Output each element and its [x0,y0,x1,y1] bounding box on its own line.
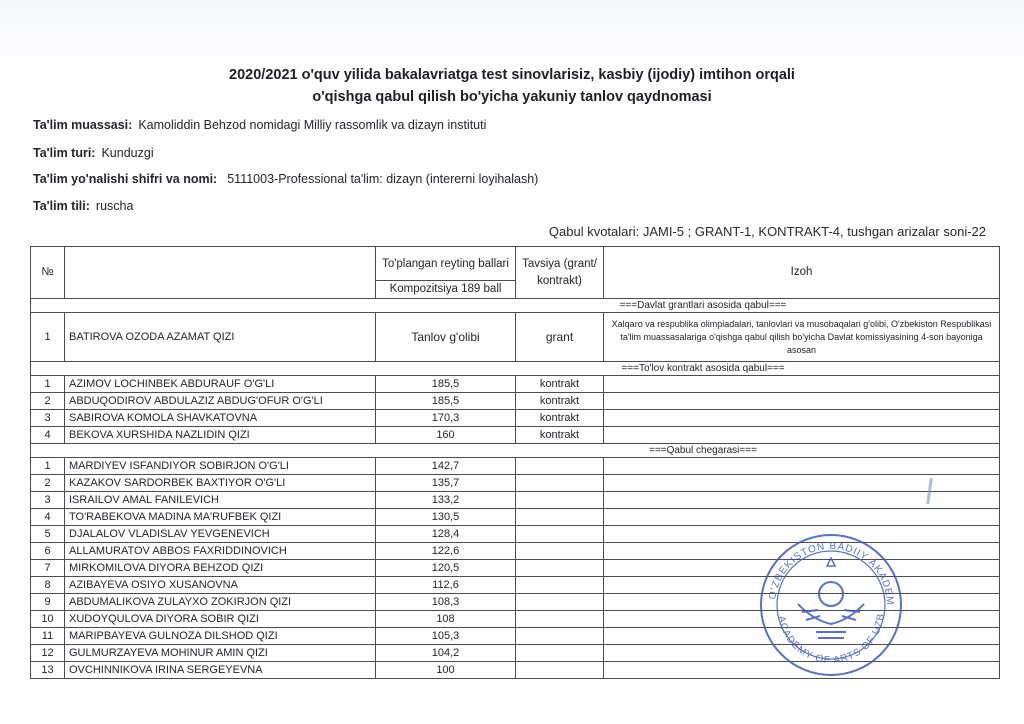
cell-note [604,410,1000,427]
cell-score: 122,6 [376,543,516,560]
cell-name: XUDOYQULOVA DIYORA SOBIR QIZI [65,611,376,628]
header-score-group: To'plangan reyting ballari [376,247,516,281]
cell-number: 2 [31,475,65,492]
cell-recommendation: kontrakt [516,393,604,410]
section-contract: ===To'lov kontrakt asosida qabul=== [31,362,1000,376]
cell-score: 142,7 [376,458,516,475]
cell-score: 160 [376,427,516,444]
cell-recommendation [516,475,604,492]
table-row: 11MARIPBAYEVA GULNOZA DILSHOD QIZI105,3 [31,628,1000,645]
section-label: ===To'lov kontrakt asosida qabul=== [31,362,1000,376]
table-row: 7MIRKOMILOVA DIYORA BEHZOD QIZI120,5 [31,560,1000,577]
cell-note [604,458,1000,475]
cell-score: Tanlov g'olibi [376,313,516,362]
cell-number: 8 [31,577,65,594]
table-row: 2KAZAKOV SARDORBEK BAXTIYOR O'G'LI135,7 [31,475,1000,492]
cell-recommendation [516,594,604,611]
cell-name: ABDUMALIKOVA ZULAYXO ZOKIRJON QIZI [65,594,376,611]
meta-value: Kunduzgi [101,146,153,160]
cell-score: 104,2 [376,645,516,662]
cell-score: 135,7 [376,475,516,492]
meta-label: Ta'lim turi: [33,146,95,160]
cell-score: 185,5 [376,393,516,410]
header-number: № [31,247,65,299]
cell-note [604,577,1000,594]
cell-score: 128,4 [376,526,516,543]
cell-recommendation [516,611,604,628]
table-row: 1 BATIROVA OZODA AZAMAT QIZI Tanlov g'ol… [31,313,1000,362]
header-note: Izoh [604,247,1000,299]
table-row: 10XUDOYQULOVA DIYORA SOBIR QIZI108 [31,611,1000,628]
table-row: 13OVCHINNIKOVA IRINA SERGEYEVNA100 [31,662,1000,679]
cell-number: 3 [31,492,65,509]
cell-name: AZIMOV LOCHINBEK ABDURAUF O'G'LI [65,376,376,393]
cell-recommendation [516,628,604,645]
cell-note [604,543,1000,560]
table-row: 3ISRAILOV AMAL FANILEVICH133,2 [31,492,1000,509]
cell-name: SABIROVA KOMOLA SHAVKATOVNA [65,410,376,427]
cell-score: 108 [376,611,516,628]
meta-program: Ta'lim yo'nalishi shifri va nomi:5111003… [33,172,538,186]
cell-name: GULMURZAYEVA MOHINUR AMIN QIZI [65,645,376,662]
cell-note [604,594,1000,611]
cell-number: 10 [31,611,65,628]
cell-recommendation [516,458,604,475]
cell-recommendation [516,645,604,662]
meta-label: Ta'lim tili: [33,199,90,213]
cell-note [604,662,1000,679]
cell-note [604,628,1000,645]
table-row: 5DJALALOV VLADISLAV YEVGENEVICH128,4 [31,526,1000,543]
cell-name: KAZAKOV SARDORBEK BAXTIYOR O'G'LI [65,475,376,492]
table-row: 8AZIBAYEVA OSIYO XUSANOVNA112,6 [31,577,1000,594]
table-row: 4BEKOVA XURSHIDA NAZLIDIN QIZI160kontrak… [31,427,1000,444]
cell-recommendation: grant [516,313,604,362]
cell-note [604,509,1000,526]
cell-score: 112,6 [376,577,516,594]
cell-number: 1 [31,313,65,362]
meta-study-form: Ta'lim turi:Kunduzgi [33,146,154,160]
meta-label: Ta'lim yo'nalishi shifri va nomi: [33,172,217,186]
cell-note [604,526,1000,543]
cell-recommendation [516,560,604,577]
admission-quota: Qabul kvotalari: JAMI-5 ; GRANT-1, KONTR… [549,224,986,239]
table-row: 2ABDUQODIROV ABDULAZIZ ABDUG'OFUR O'G'LI… [31,393,1000,410]
cell-number: 9 [31,594,65,611]
meta-label: Ta'lim muassasi: [33,118,132,132]
cell-note [604,376,1000,393]
cell-score: 105,3 [376,628,516,645]
cell-recommendation [516,577,604,594]
table-row: 3SABIROVA KOMOLA SHAVKATOVNA170,3kontrak… [31,410,1000,427]
header-recommendation: Tavsiya (grant/ kontrakt) [516,247,604,299]
cell-number: 13 [31,662,65,679]
cell-number: 2 [31,393,65,410]
cell-note [604,645,1000,662]
cell-number: 3 [31,410,65,427]
cell-name: ISRAILOV AMAL FANILEVICH [65,492,376,509]
cell-number: 4 [31,427,65,444]
meta-language: Ta'lim tili:ruscha [33,199,133,213]
table-row: 9ABDUMALIKOVA ZULAYXO ZOKIRJON QIZI108,3 [31,594,1000,611]
cell-name: AZIBAYEVA OSIYO XUSANOVNA [65,577,376,594]
section-label: ===Qabul chegarasi=== [31,444,1000,458]
admission-table: № To'plangan reyting ballari Tavsiya (gr… [30,246,1000,679]
cell-number: 5 [31,526,65,543]
cell-recommendation: kontrakt [516,376,604,393]
cell-number: 11 [31,628,65,645]
header-score-sub: Kompozitsiya 189 ball [376,281,516,299]
meta-value: ruscha [96,199,134,213]
cell-name: ABDUQODIROV ABDULAZIZ ABDUG'OFUR O'G'LI [65,393,376,410]
cell-name: BEKOVA XURSHIDA NAZLIDIN QIZI [65,427,376,444]
header-name [65,247,376,299]
cell-score: 108,3 [376,594,516,611]
cell-name: TO'RABEKOVA MADINA MA'RUFBEK QIZI [65,509,376,526]
cell-score: 100 [376,662,516,679]
cell-number: 7 [31,560,65,577]
document-title-line-2: o'qishga qabul qilish bo'yicha yakuniy t… [0,89,1024,105]
meta-value: 5111003-Professional ta'lim: dizayn (int… [227,172,538,186]
cell-score: 133,2 [376,492,516,509]
cell-name: OVCHINNIKOVA IRINA SERGEYEVNA [65,662,376,679]
table-row: 1MARDIYEV ISFANDIYOR SOBIRJON O'G'LI142,… [31,458,1000,475]
table-row: 4TO'RABEKOVA MADINA MA'RUFBEK QIZI130,5 [31,509,1000,526]
cell-recommendation [516,526,604,543]
cell-name: MARIPBAYEVA GULNOZA DILSHOD QIZI [65,628,376,645]
cell-score: 170,3 [376,410,516,427]
cell-recommendation: kontrakt [516,427,604,444]
cell-name: ALLAMURATOV ABBOS FAXRIDDINOVICH [65,543,376,560]
cell-note [604,427,1000,444]
cell-recommendation: kontrakt [516,410,604,427]
cell-score: 120,5 [376,560,516,577]
scan-edge-shading [0,0,1024,60]
cell-recommendation [516,662,604,679]
cell-note [604,393,1000,410]
cell-number: 12 [31,645,65,662]
cell-number: 6 [31,543,65,560]
cell-name: MIRKOMILOVA DIYORA BEHZOD QIZI [65,560,376,577]
section-threshold: ===Qabul chegarasi=== [31,444,1000,458]
cell-recommendation [516,509,604,526]
cell-score: 185,5 [376,376,516,393]
cell-number: 1 [31,376,65,393]
cell-note: Xalqaro va respublika olimpiadalari, tan… [604,313,1000,362]
section-grant: ===Davlat grantlari asosida qabul=== [31,299,1000,313]
document-title-line-1: 2020/2021 o'quv yilida bakalavriatga tes… [0,67,1024,83]
table-row: 6ALLAMURATOV ABBOS FAXRIDDINOVICH122,6 [31,543,1000,560]
meta-value: Kamoliddin Behzod nomidagi Milliy rassom… [138,118,486,132]
table-row: 12GULMURZAYEVA MOHINUR AMIN QIZI104,2 [31,645,1000,662]
cell-name: MARDIYEV ISFANDIYOR SOBIRJON O'G'LI [65,458,376,475]
cell-name: DJALALOV VLADISLAV YEVGENEVICH [65,526,376,543]
cell-name: BATIROVA OZODA AZAMAT QIZI [65,313,376,362]
section-label: ===Davlat grantlari asosida qabul=== [31,299,1000,313]
cell-number: 1 [31,458,65,475]
cell-note [604,611,1000,628]
cell-number: 4 [31,509,65,526]
cell-score: 130,5 [376,509,516,526]
cell-recommendation [516,492,604,509]
table-row: 1AZIMOV LOCHINBEK ABDURAUF O'G'LI185,5ko… [31,376,1000,393]
cell-note [604,560,1000,577]
cell-note [604,475,1000,492]
cell-recommendation [516,543,604,560]
meta-institution: Ta'lim muassasi:Kamoliddin Behzod nomida… [33,118,486,132]
cell-note [604,492,1000,509]
